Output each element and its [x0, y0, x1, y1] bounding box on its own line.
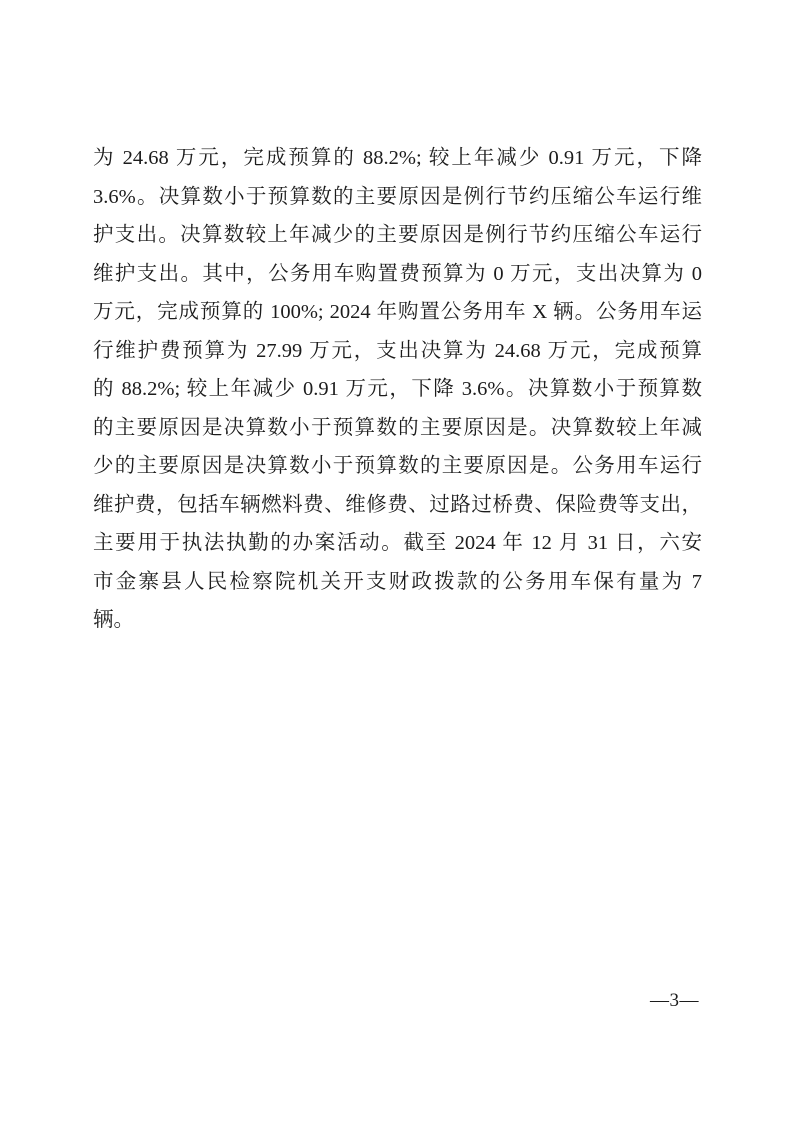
text-line: 3.6%。决算数小于预算数的主要原因是例行节约压缩公车运行维 [93, 178, 702, 217]
text-line: 的主要原因是决算数小于预算数的主要原因是。决算数较上年减 [93, 409, 702, 448]
text-line: 主要用于执法执勤的办案活动。截至 2024 年 12 月 31 日，六安 [93, 524, 702, 563]
text-line: 护支出。决算数较上年减少的主要原因是例行节约压缩公车运行 [93, 216, 702, 255]
text-line: 为 24.68 万元，完成预算的 88.2%; 较上年减少 0.91 万元，下降 [93, 139, 702, 178]
document-page: 为 24.68 万元，完成预算的 88.2%; 较上年减少 0.91 万元，下降… [0, 0, 793, 1122]
text-line: 少的主要原因是决算数小于预算数的主要原因是。公务用车运行 [93, 447, 702, 486]
text-line: 行维护费预算为 27.99 万元，支出决算为 24.68 万元，完成预算 [93, 332, 702, 371]
text-line: 辆。 [93, 601, 702, 640]
text-line: 维护支出。其中，公务用车购置费预算为 0 万元，支出决算为 0 [93, 255, 702, 294]
text-line: 市金寨县人民检察院机关开支财政拨款的公务用车保有量为 7 [93, 563, 702, 602]
page-number: —3— [650, 990, 699, 1012]
text-line: 的 88.2%; 较上年减少 0.91 万元，下降 3.6%。决算数小于预算数 [93, 370, 702, 409]
text-line: 万元，完成预算的 100%; 2024 年购置公务用车 X 辆。公务用车运 [93, 293, 702, 332]
text-line: 维护费，包括车辆燃料费、维修费、过路过桥费、保险费等支出， [93, 486, 702, 525]
body-text-paragraph: 为 24.68 万元，完成预算的 88.2%; 较上年减少 0.91 万元，下降… [93, 139, 702, 640]
